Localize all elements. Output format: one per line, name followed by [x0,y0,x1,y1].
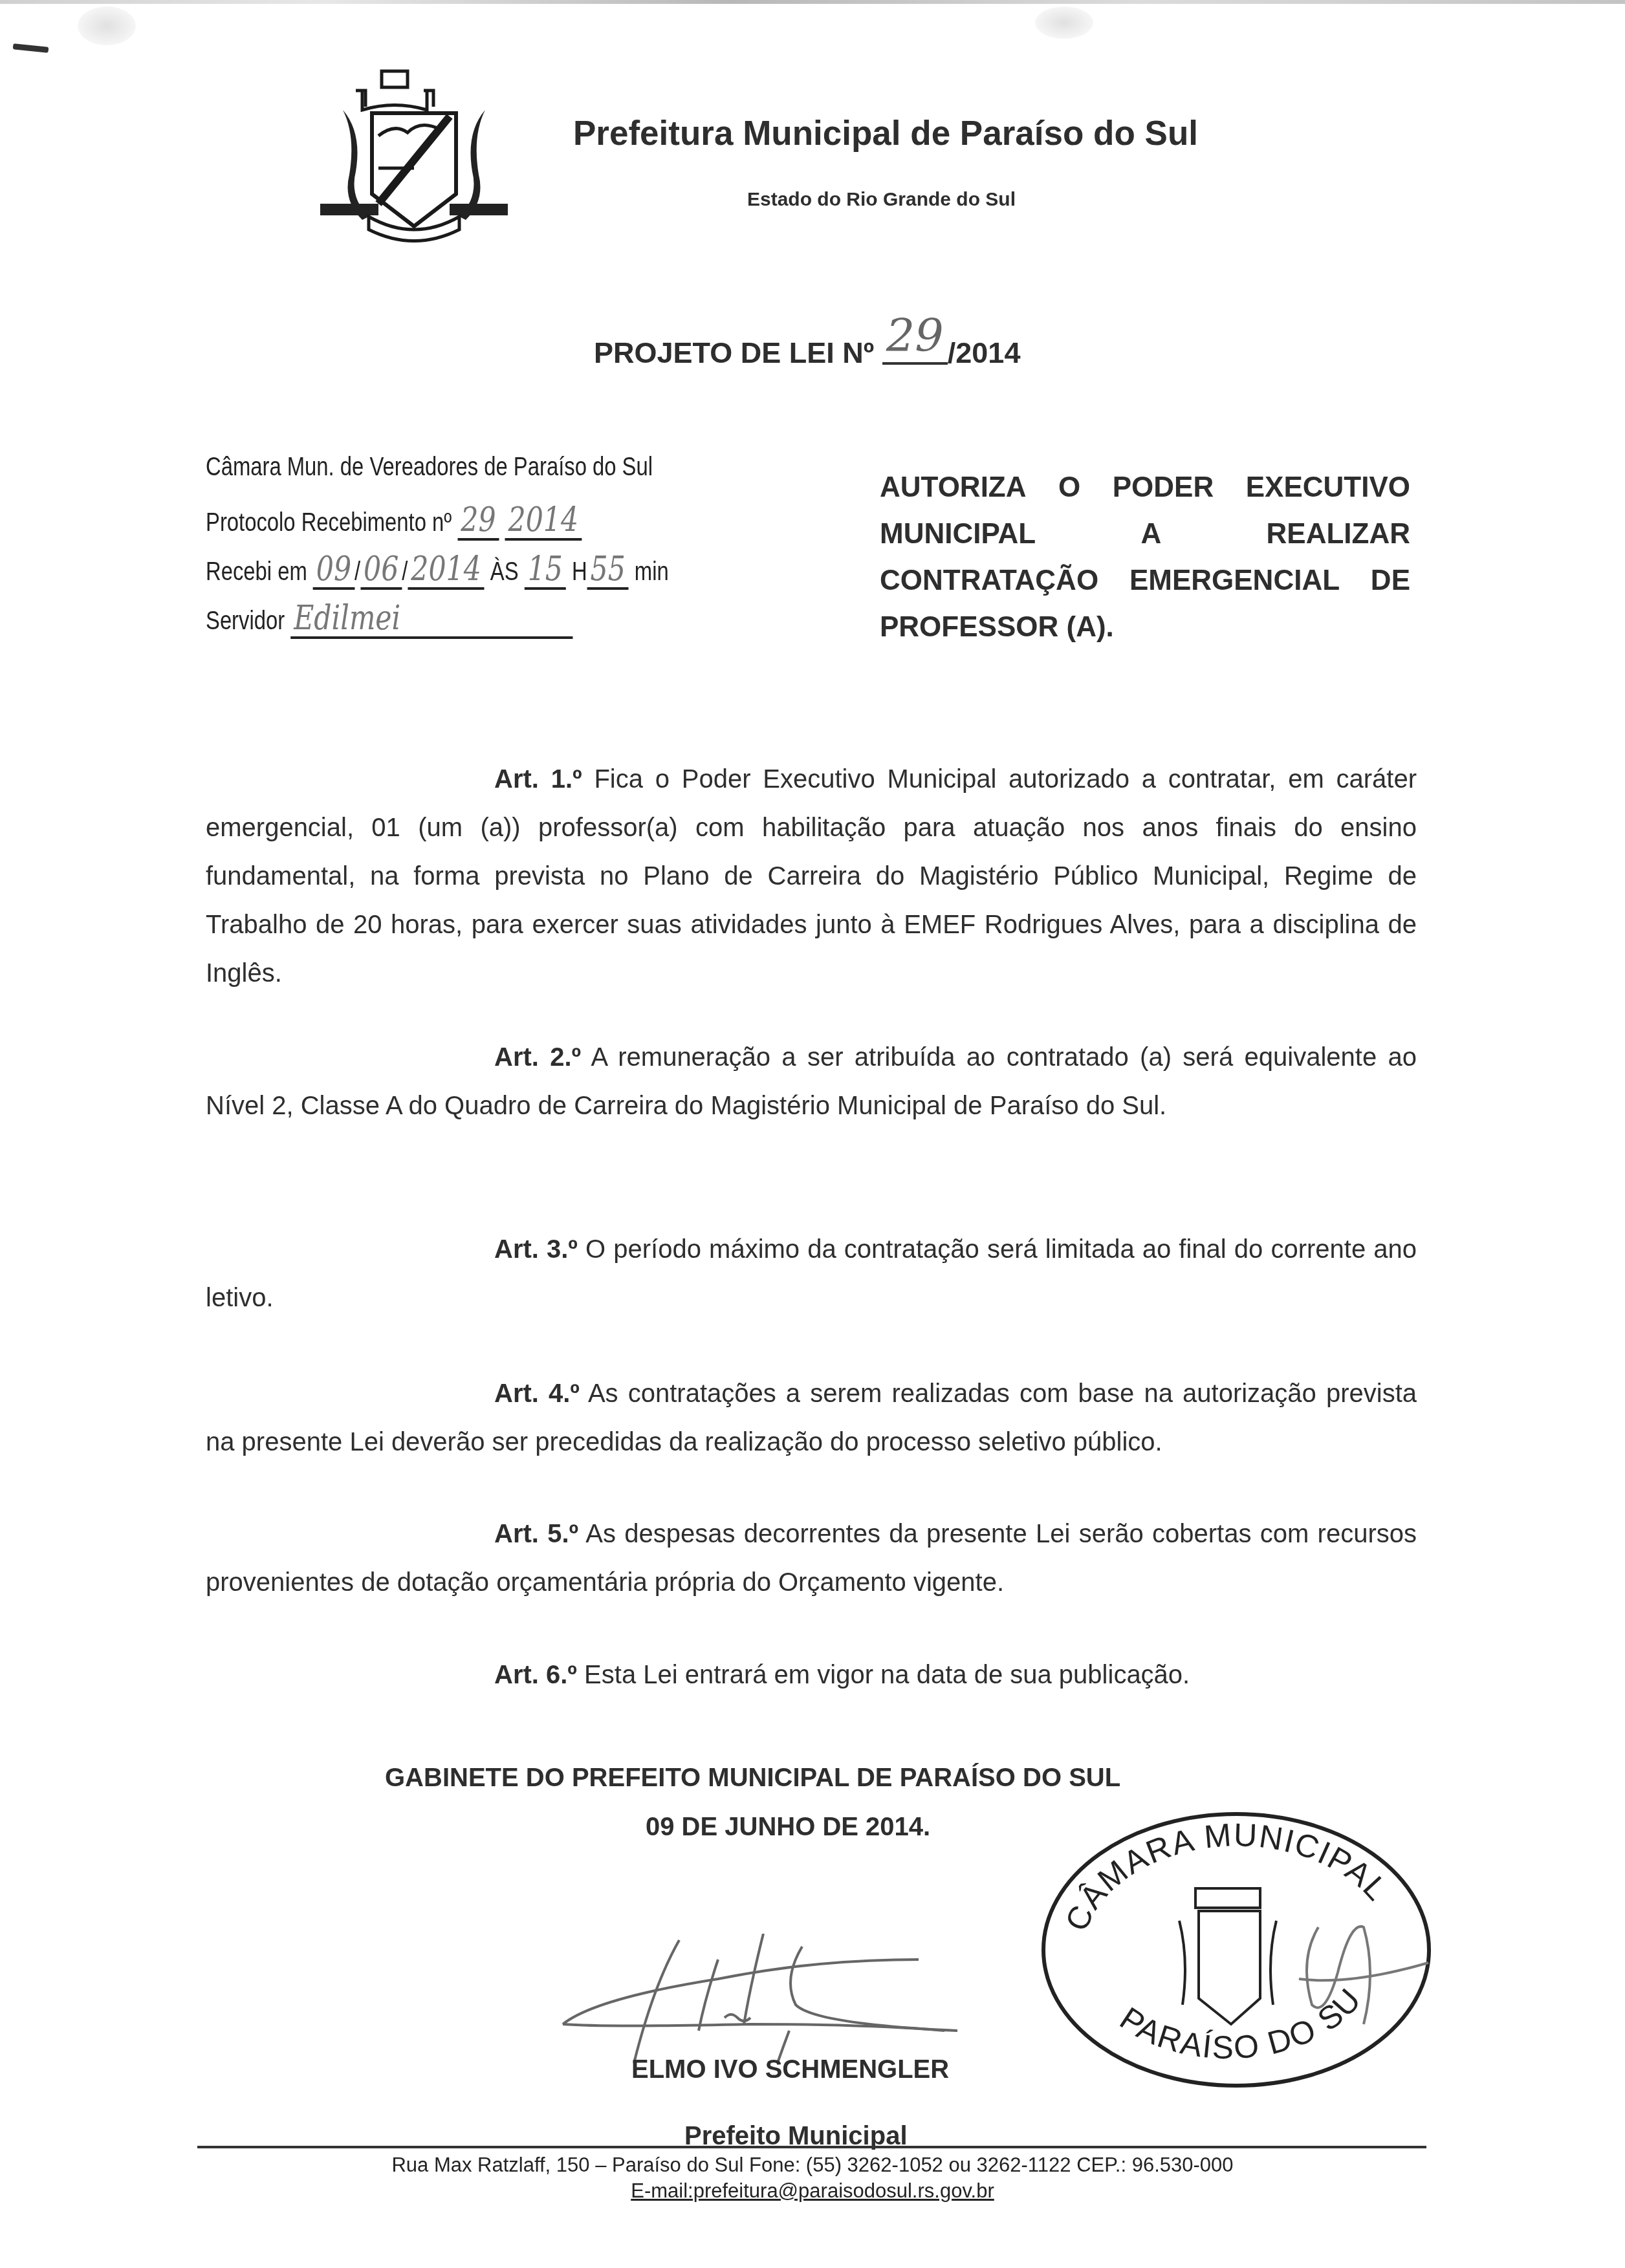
bill-year: /2014 [948,336,1021,369]
footer-address: Rua Max Ratzlaff, 150 – Paraíso do Sul F… [0,2154,1625,2177]
protocol-year: 2014 [505,502,582,541]
summary-word: EXECUTIVO [1246,464,1410,511]
article-4: Art. 4.º As contratações a serem realiza… [206,1370,1417,1467]
article-1: Art. 1.º Fica o Poder Executivo Municipa… [206,755,1417,998]
bill-number: 29 [882,309,948,365]
scan-edge [0,0,1625,4]
protocol-stamp: Câmara Mun. de Vereadores de Paraíso do … [206,453,683,649]
scan-smudge [1035,6,1093,39]
summary-line: MUNICIPALAREALIZAR [880,511,1410,557]
page-subtitle: Estado do Rio Grande do Sul [747,189,1016,211]
received-hour: 15 [525,551,566,590]
summary-word: EMERGENCIAL [1129,557,1340,604]
footer-email: E-mail:prefeitura@paraisodosul.rs.gov.br [0,2179,1625,2203]
office-name: GABINETE DO PREFEITO MUNICIPAL DE PARAÍS… [385,1764,1120,1793]
article-5: Art. 5.º As despesas decorrentes da pres… [206,1510,1417,1607]
received-minute: 55 [587,551,629,590]
svg-text:CÂMARA MUNICIPAL: CÂMARA MUNICIPAL [1058,1817,1396,1936]
summary-line: AUTORIZAOPODEREXECUTIVO [880,464,1410,511]
coat-of-arms-icon [317,65,511,246]
mayor-signature-icon [556,1934,996,2063]
signing-date: 09 DE JUNHO DE 2014. [646,1813,930,1842]
summary-word: REALIZAR [1267,511,1410,557]
summary-word: O [1058,464,1080,511]
protocol-line-number: Protocolo Recebimento nº 29 2014 [206,502,683,551]
summary-line: CONTRATAÇÃOEMERGENCIALDE [880,557,1410,604]
summary-word: DE [1371,557,1410,604]
summary-word: PODER [1113,464,1214,511]
received-year: 2014 [408,551,484,590]
summary-word: A [1140,511,1161,557]
summary-word: CONTRATAÇÃO [880,557,1098,604]
chamber-seal-icon: CÂMARA MUNICIPAL PARAÍSO DO SUL [1040,1811,1432,2089]
bill-label: PROJETO DE LEI Nº [594,336,874,369]
email-link[interactable]: E-mail:prefeitura@paraisodosul.rs.gov.br [631,2179,994,2202]
article-2: Art. 2.º A remuneração a ser atribuída a… [206,1033,1417,1130]
footer-divider [197,2146,1426,2148]
scan-smudge [78,6,136,45]
protocol-line-chamber: Câmara Mun. de Vereadores de Paraíso do … [206,453,683,502]
summary-word: PROFESSOR (A). [880,604,1114,651]
protocol-line-received: Recebi em 09/06/2014 ÀS 15 H55 min [206,551,683,600]
seal-top-text: CÂMARA MUNICIPAL [1058,1817,1396,1936]
protocol-number: 29 [457,502,499,541]
summary-line: PROFESSOR (A). [880,604,1410,651]
summary-word: AUTORIZA [880,464,1027,511]
signer-name: ELMO IVO SCHMENGLER [631,2055,949,2084]
received-month: 06 [360,551,402,590]
scan-mark [13,43,49,53]
bill-summary: AUTORIZAOPODEREXECUTIVOMUNICIPALAREALIZA… [880,464,1410,651]
bill-heading: PROJETO DE LEI Nº 29/2014 [594,321,1020,374]
protocol-line-servant: Servidor Edilmei [206,600,683,649]
servant-signature: Edilmei [290,600,573,639]
received-day: 09 [313,551,354,590]
article-3: Art. 3.º O período máximo da contratação… [206,1226,1417,1323]
article-6: Art. 6.º Esta Lei entrará em vigor na da… [206,1651,1417,1700]
summary-word: MUNICIPAL [880,511,1036,557]
page-title: Prefeitura Municipal de Paraíso do Sul [573,114,1198,153]
